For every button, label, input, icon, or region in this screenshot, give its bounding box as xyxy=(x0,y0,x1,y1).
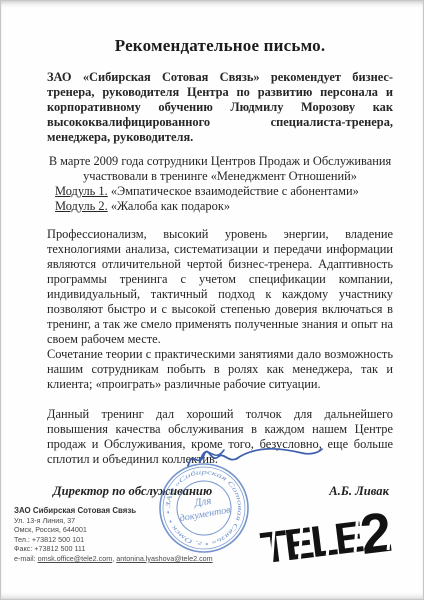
training-line-1: В марте 2009 года сотрудники Центров Про… xyxy=(47,154,393,169)
paragraph-theory-practice: Сочетание теории с практическими занятия… xyxy=(47,347,393,392)
paragraph-professionalism: Профессионализм, высокий уровень энергии… xyxy=(47,227,393,347)
footer-email-line: e-mail: omsk.office@tele2.com, antonina.… xyxy=(14,554,213,564)
intro-paragraph: ЗАО «Сибирская Сотовая Связь» рекомендуе… xyxy=(47,70,393,145)
logo-text-2: 2 xyxy=(357,500,393,566)
module-1-text: «Эмпатическое взаимодействие с абонентам… xyxy=(108,184,359,198)
letter-title: Рекомендательное письмо. xyxy=(47,36,393,56)
email-link-1[interactable]: omsk.office@tele2.com xyxy=(38,554,113,563)
footer-address-2: Омск, Россия, 644001 xyxy=(14,525,213,535)
footer-contact-block: ЗАО Сибирская Сотовая Связь Ул. 13-я Лин… xyxy=(14,506,213,564)
svg-text:TELE2: TELE2 xyxy=(257,500,393,572)
recommendation-letter-page: Рекомендательное письмо. ЗАО «Сибирская … xyxy=(0,0,424,600)
module-2-text: «Жалоба как подарок» xyxy=(108,199,230,213)
email-link-2[interactable]: antonina.lyashova@tele2.com xyxy=(116,554,212,563)
email-label: e-mail: xyxy=(14,554,38,563)
footer-address-1: Ул. 13-я Линия, 37 xyxy=(14,516,213,526)
module-line-1: Модуль 1. «Эмпатическое взаимодействие с… xyxy=(55,184,393,199)
footer-fax: Факс: +73812 500 111 xyxy=(14,544,213,554)
training-line-2: участвовали в тренинге «Менеджмент Отнош… xyxy=(47,169,393,184)
footer-phone: Тел.: +73812 500 101 xyxy=(14,535,213,545)
module-1-label: Модуль 1. xyxy=(55,184,108,198)
training-block: В марте 2009 года сотрудники Центров Про… xyxy=(47,154,393,214)
tele2-logo: TELE2 xyxy=(256,496,420,572)
module-2-label: Модуль 2. xyxy=(55,199,108,213)
module-line-2: Модуль 2. «Жалоба как подарок» xyxy=(55,199,393,214)
footer-company: ЗАО Сибирская Сотовая Связь xyxy=(14,506,213,516)
